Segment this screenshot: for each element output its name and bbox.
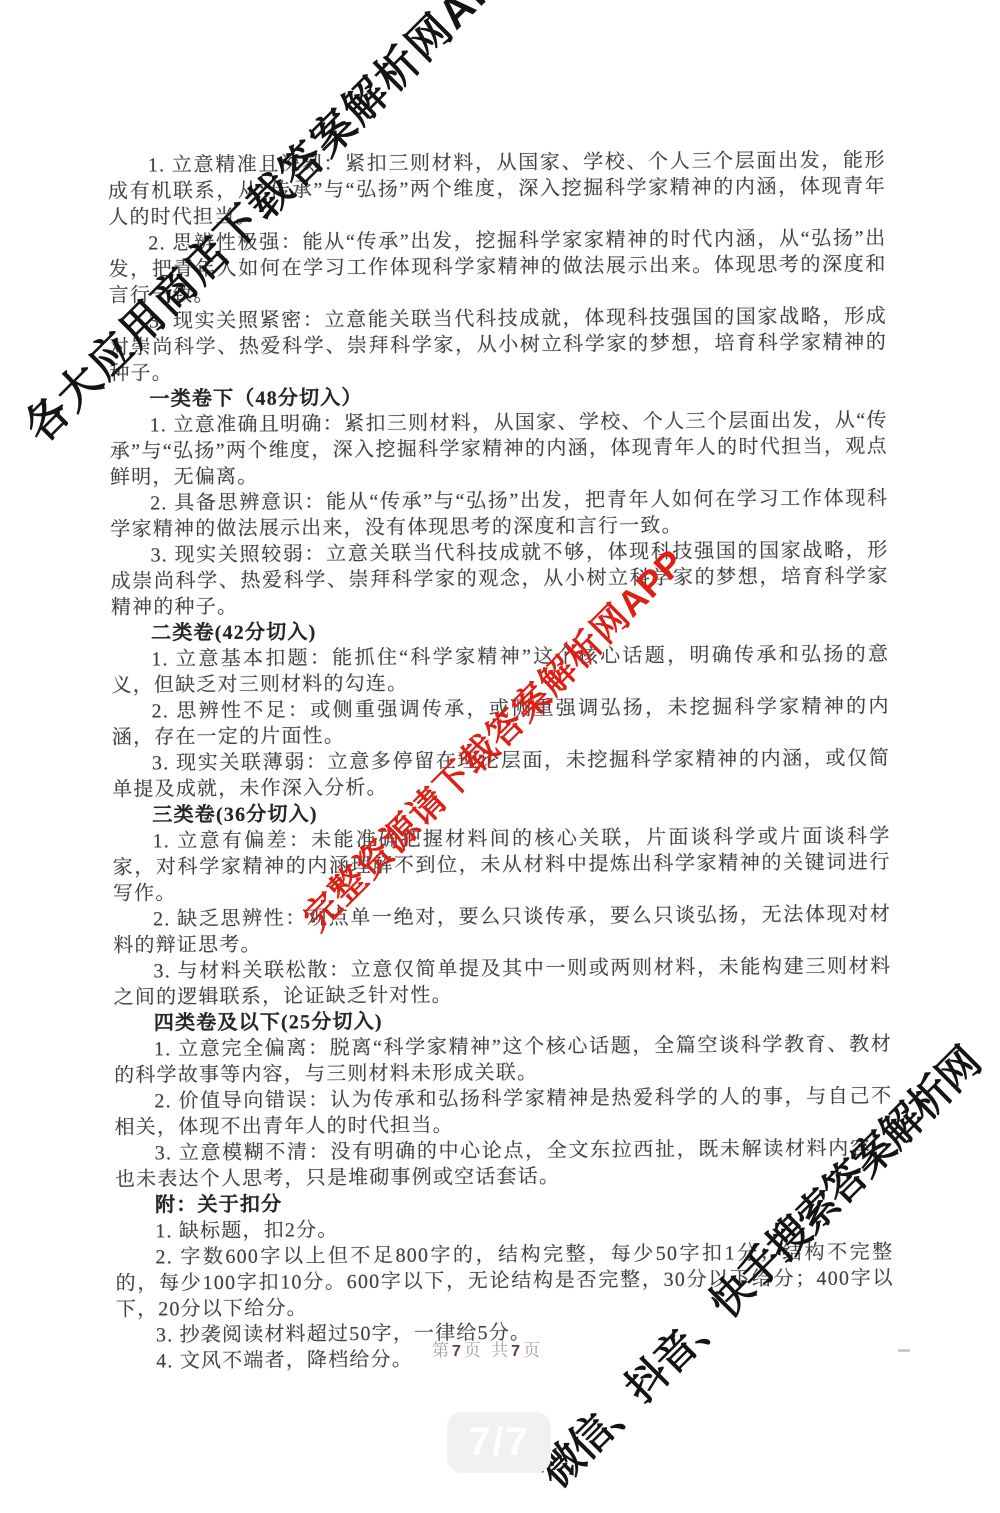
footer-text-suffix: 页 [523, 1341, 543, 1360]
rubric-item: 3. 现实关照紧密：立意能关联当代科技成就，体现科技强国的国家战略，形成对崇尚科… [109, 303, 888, 386]
rubric-item: 1. 立意有偏差：未能准确把握材料间的核心关联，片面谈科学或片面谈科学家，对科学… [112, 823, 891, 906]
rubric-item: 3. 立意模糊不清：没有明确的中心论点，全文东拉西扯，既未解读材料内容，也未表达… [115, 1135, 893, 1192]
footer-text-prefix: 第 [432, 1341, 452, 1360]
rubric-item: 2. 思辨性极强：能从“传承”出发，挖掘科学家家精神的时代内涵，从“弘扬”出发，… [108, 225, 887, 308]
rubric-item: 2. 价值导向错误：认为传承和弘扬科学家精神是热爱科学的人的事，与自己不相关，体… [114, 1083, 892, 1140]
rubric-item: 1. 立意精准且深刻：紧扣三则材料，从国家、学校、个人三个层面出发，能形成有机联… [108, 147, 887, 230]
page-indicator-badge: 7/7 [447, 1412, 551, 1473]
footer-text-middle: 页 共 [464, 1341, 511, 1360]
rubric-item: 2. 具备思辨意识：能从“传承”与“弘扬”出发，把青年人如何在学习工作体现科学家… [110, 485, 888, 542]
scan-artifact-dash [898, 1349, 910, 1352]
rubric-item: 3. 现实关联薄弱：立意多停留在理论层面，未挖掘科学家精神的内涵，或仅简单提及成… [112, 745, 890, 802]
rubric-item: 2. 缺乏思辨性：观点单一绝对，要么只谈传承，要么只谈弘扬，无法体现对材料的辩证… [113, 901, 891, 958]
rubric-item: 1. 立意完全偏离：脱离“科学家精神”这个核心话题，全篇空谈科学教育、教材的科学… [114, 1031, 892, 1088]
page-number-current: 7 [452, 1343, 464, 1360]
rubric-item: 1. 立意准确且明确：紧扣三则材料，从国家、学校、个人三个层面出发，从“传承”与… [110, 407, 889, 490]
rubric-item: 2. 字数600字以上但不足800字的，结构完整，每少50字扣1分；结构不完整的… [115, 1239, 894, 1322]
page-footer: 第7页 共7页 [432, 1336, 543, 1361]
rubric-item: 3. 现实关照较弱：立意关联当代科技成就不够，体现科技强国的国家战略，形成崇尚科… [110, 537, 889, 620]
document-body: 1. 立意精准且深刻：紧扣三则材料，从国家、学校、个人三个层面出发，能形成有机联… [108, 147, 895, 1374]
rubric-item: 1. 立意基本扣题：能抓住“科学家精神”这个核心话题，明确传承和弘扬的意义，但缺… [111, 641, 889, 698]
scanned-document-page: 1. 立意精准且深刻：紧扣三则材料，从国家、学校、个人三个层面出发，能形成有机联… [0, 0, 1000, 1513]
page-number-total: 7 [511, 1343, 523, 1360]
rubric-item: 3. 与材料关联松散：立意仅简单提及其中一则或两则材料，未能构建三则材料之间的逻… [113, 953, 891, 1010]
rubric-item: 2. 思辨性不足：或侧重强调传承，或侧重强调弘扬，未挖掘科学家精神的内涵，存在一… [112, 693, 890, 750]
